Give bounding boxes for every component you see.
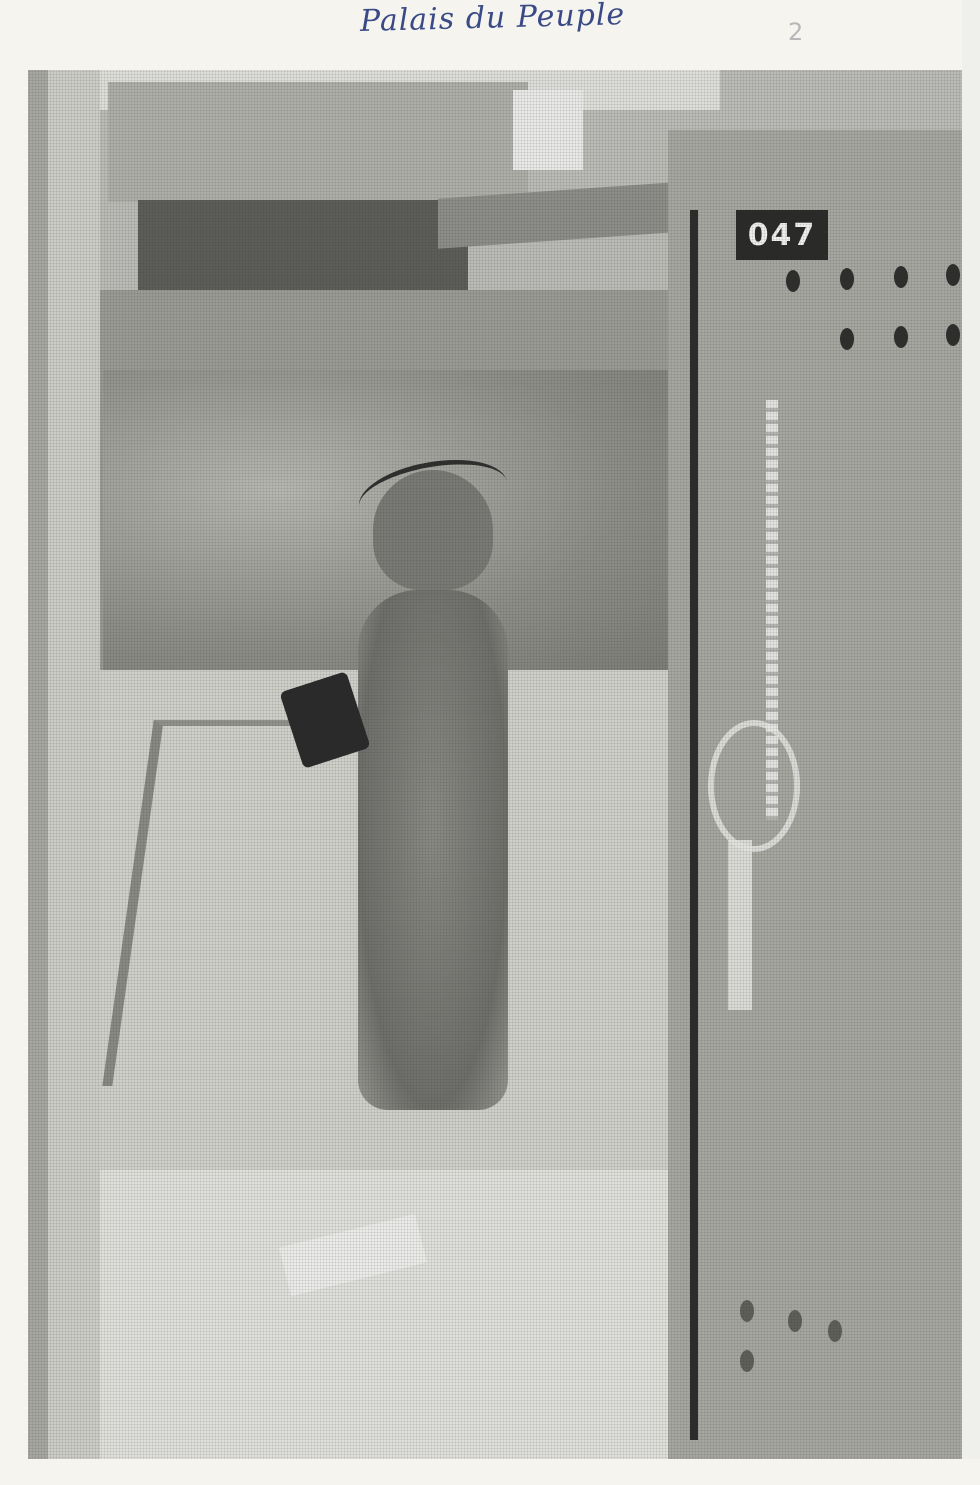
vent-hole-icon [840,328,854,350]
pencil-page-mark: 2 [788,18,803,46]
paper-margin-bottom [0,1459,980,1485]
foreground-floor [100,1170,700,1460]
paper-margin-right [962,0,980,1485]
door-handle-ring [708,720,800,852]
door-edge-line [690,210,698,1440]
vent-hole-icon [788,1310,802,1332]
vent-hole-icon [740,1300,754,1322]
vent-hole-icon [946,324,960,346]
door-frame-shadow [28,70,48,1460]
collapsed-ceiling-panel [108,82,528,202]
ceiling-shadow [138,200,468,295]
door-latch-bar [728,840,752,1010]
handwritten-caption: Palais du Peuple [360,0,626,39]
light-gap [513,90,583,170]
vent-hole-icon [828,1320,842,1342]
scanned-sheet: Palais du Peuple 2 047 [0,0,980,1485]
photograph: 047 [28,70,976,1460]
vent-hole-icon [786,270,800,292]
door-number-plate: 047 [736,210,828,260]
vent-hole-icon [840,268,854,290]
woman-patterned-dress [358,590,508,1110]
vent-hole-icon [894,266,908,288]
vent-hole-icon [740,1350,754,1372]
vent-hole-icon [894,326,908,348]
vent-hole-icon [946,264,960,286]
